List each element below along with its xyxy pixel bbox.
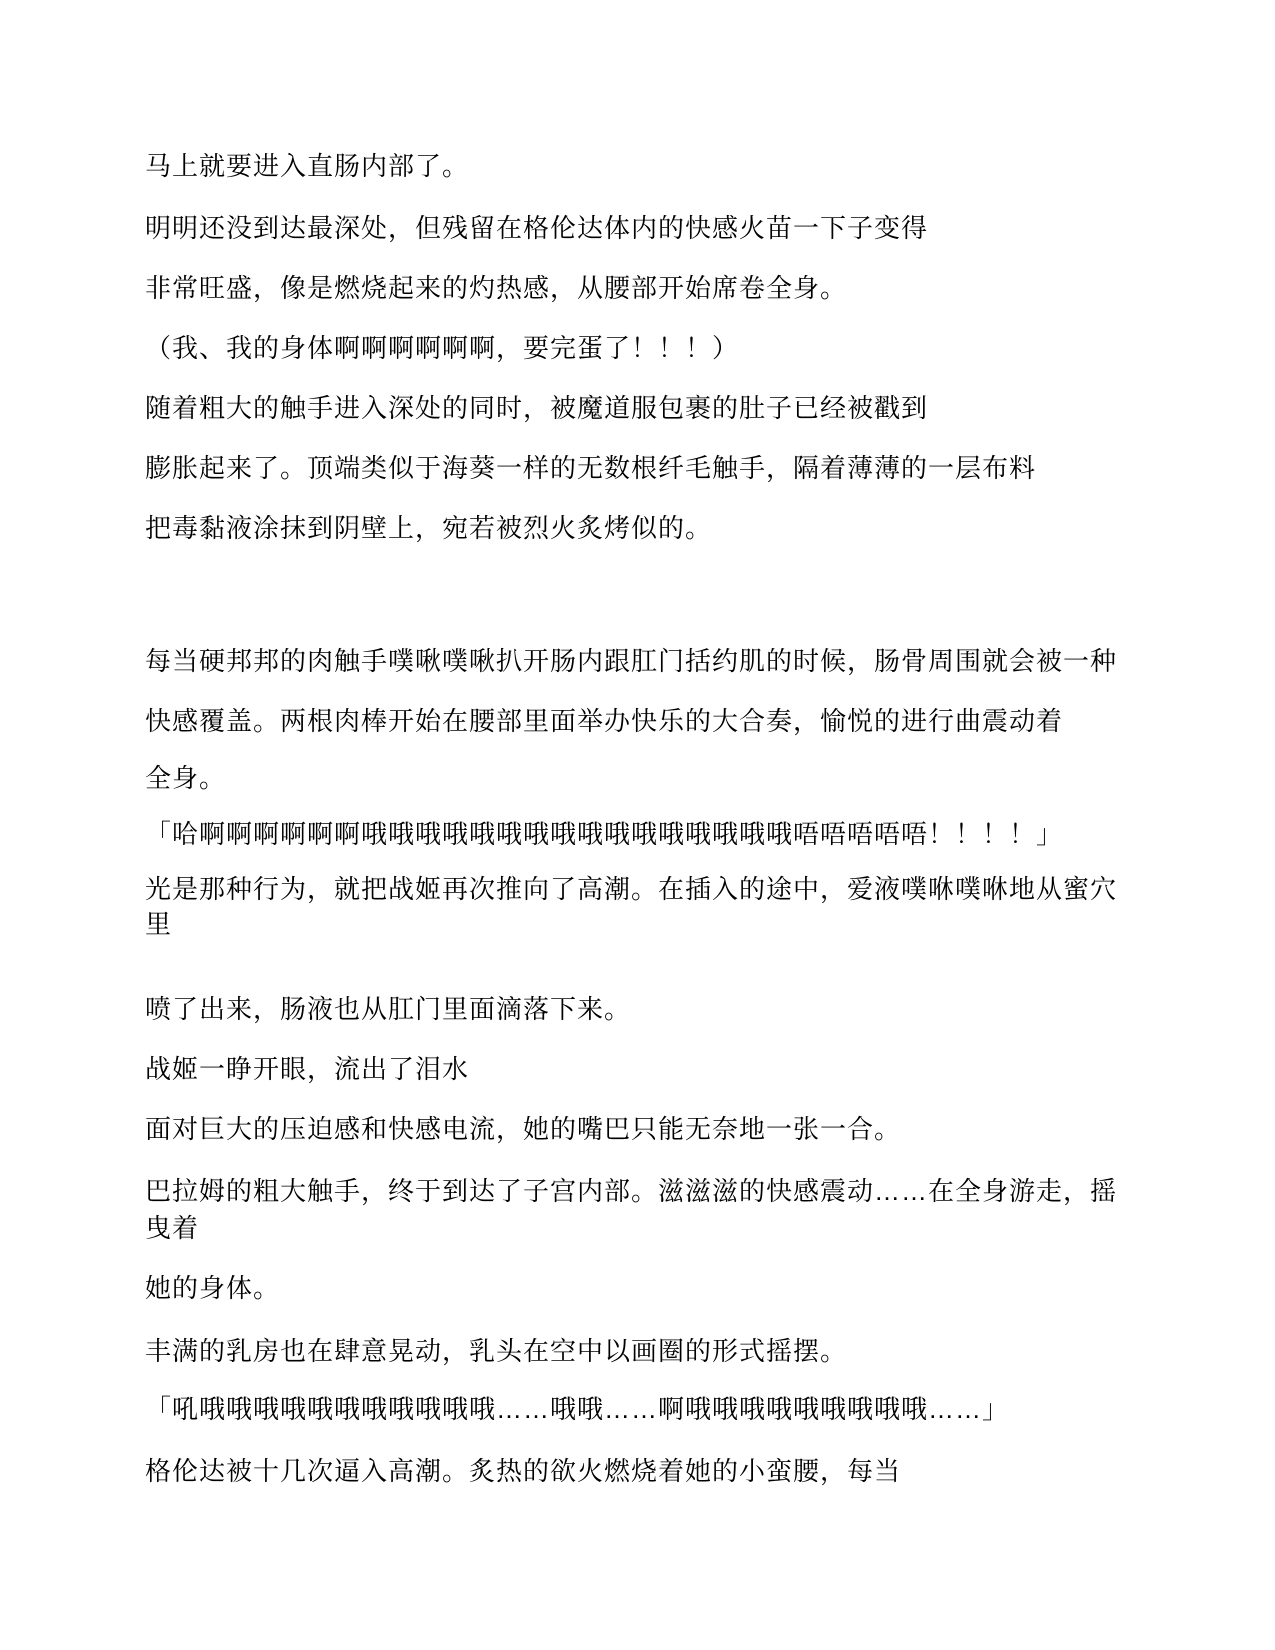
text-line: 马上就要进入直肠内部了。 (145, 150, 469, 182)
text-line: 「吼哦哦哦哦哦哦哦哦哦哦哦……哦哦……啊哦哦哦哦哦哦哦哦哦……」 (145, 1393, 1009, 1425)
text-line: 喷了出来，肠液也从肛门里面滴落下来。 (145, 993, 631, 1025)
text-line: （我、我的身体啊啊啊啊啊啊，要完蛋了！！！） (145, 332, 739, 364)
text-line: 丰满的乳房也在肆意晃动，乳头在空中以画圈的形式摇摆。 (145, 1335, 847, 1367)
text-line: 把毒黏液涂抹到阴壁上，宛若被烈火炙烤似的。 (145, 512, 712, 544)
text-line: 随着粗大的触手进入深处的同时，被魔道服包裹的肚子已经被戳到 (145, 392, 928, 424)
text-line: 光是那种行为，就把战姬再次推向了高潮。在插入的途中，爱液噗咻噗咻地从蜜穴 (145, 873, 1117, 905)
text-line: 里 (145, 908, 172, 940)
text-line: 面对巨大的压迫感和快感电流，她的嘴巴只能无奈地一张一合。 (145, 1113, 901, 1145)
text-line: 明明还没到达最深处，但残留在格伦达体内的快感火苗一下子变得 (145, 212, 928, 244)
text-line: 她的身体。 (145, 1272, 280, 1304)
text-line: 格伦达被十几次逼入高潮。炙热的欲火燃烧着她的小蛮腰，每当 (145, 1455, 901, 1487)
text-line: 全身。 (145, 762, 226, 794)
document-page: 马上就要进入直肠内部了。 明明还没到达最深处，但残留在格伦达体内的快感火苗一下子… (0, 0, 1275, 1650)
text-line: 膨胀起来了。顶端类似于海葵一样的无数根纤毛触手，隔着薄薄的一层布料 (145, 452, 1036, 484)
text-line: 非常旺盛，像是燃烧起来的灼热感，从腰部开始席卷全身。 (145, 272, 847, 304)
text-line: 巴拉姆的粗大触手，终于到达了子宫内部。滋滋滋的快感震动……在全身游走，摇 (145, 1175, 1117, 1207)
text-line: 战姬一睁开眼，流出了泪水 (145, 1053, 469, 1085)
text-line: 每当硬邦邦的肉触手噗啾噗啾扒开肠内跟肛门括约肌的时候，肠骨周围就会被一种 (145, 645, 1117, 677)
text-line: 「哈啊啊啊啊啊啊哦哦哦哦哦哦哦哦哦哦哦哦哦哦哦哦唔唔唔唔唔！！！！」 (145, 818, 1063, 850)
text-line: 曳着 (145, 1212, 199, 1244)
text-line: 快感覆盖。两根肉棒开始在腰部里面举办快乐的大合奏，愉悦的进行曲震动着 (145, 705, 1063, 737)
